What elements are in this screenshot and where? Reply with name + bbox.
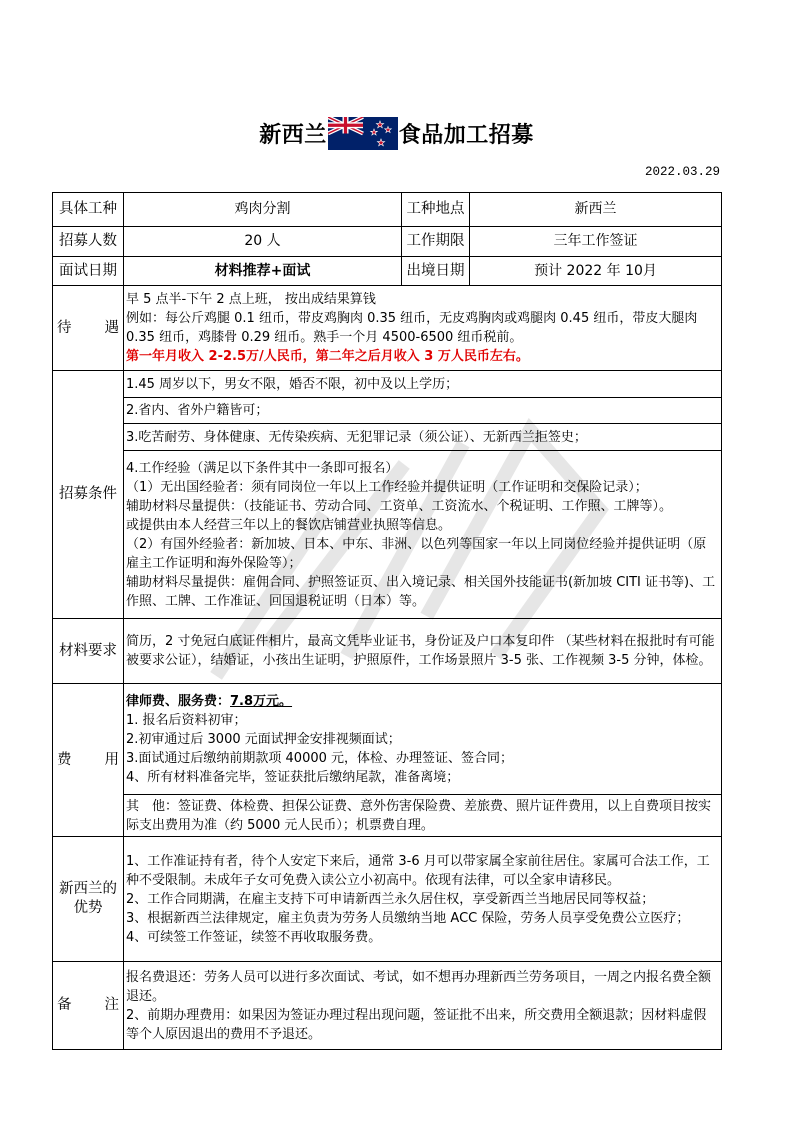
fees-other-prefix: 其 他： bbox=[126, 799, 178, 814]
row-advantages: 新西兰的 优势 1、工作准证持有者，待个人安定下来后，通常 3-6 月可以带家属… bbox=[53, 837, 722, 962]
treatment-label: 待 遇 bbox=[53, 286, 124, 371]
departure-value: 预计 2022 年 10月 bbox=[470, 257, 722, 286]
advantage-item: 1、工作准证持有者，待个人安定下来后，通常 3-6 月可以带家属全家前往居住。家… bbox=[126, 852, 719, 890]
row-treatment: 待 遇 早 5 点半-下午 2 点上班， 按出成结果算钱 例如：每公斤鸡腿 0.… bbox=[53, 286, 722, 371]
requirements-label: 招募条件 bbox=[53, 371, 124, 619]
fees-other-text: 签证费、体检费、担保公证费、意外伤害保险费、差旅费、照片证件费用，以上自费项目按… bbox=[126, 799, 711, 833]
remarks-label-b: 注 bbox=[105, 996, 120, 1015]
departure-label: 出境日期 bbox=[402, 257, 470, 286]
interview-value: 材料推荐+面试 bbox=[124, 257, 402, 286]
fees-headline-amount: 7.8万元。 bbox=[230, 694, 292, 709]
fees-label-b: 用 bbox=[105, 751, 120, 770]
advantages-label-line1: 新西兰的 bbox=[55, 880, 121, 899]
advantages-label-line2: 优势 bbox=[55, 899, 121, 918]
materials-content: 简历，2 寸免冠白底证件相片，最高文凭毕业证书，身份证及户口本复印件 （某些材料… bbox=[124, 619, 722, 684]
materials-label: 材料要求 bbox=[53, 619, 124, 684]
advantage-item: 3、根据新西兰法律规定，雇主负责为劳务人员缴纳当地 ACC 保险，劳务人员享受免… bbox=[126, 909, 719, 928]
treatment-line: 例如：每公斤鸡腿 0.1 纽币，带皮鸡胸肉 0.35 纽币，无皮鸡胸肉或鸡腿肉 … bbox=[126, 309, 719, 347]
advantage-item: 4、可续签工作签证，续签不再收取服务费。 bbox=[126, 928, 719, 947]
fees-other: 其 他：签证费、体检费、担保公证费、意外伤害保险费、差旅费、照片证件费用，以上自… bbox=[124, 795, 722, 837]
experience-line: （2）有国外经验者：新加坡、日本、中东、非洲、以色列等国家一年以上同岗位经验并提… bbox=[126, 535, 719, 573]
fees-step: 4、所有材料准备完毕，签证获批后缴纳尾款，准备离境； bbox=[126, 768, 719, 787]
row-requirement: 招募条件 1.45 周岁以下，男女不限，婚否不限，初中及以上学历； bbox=[53, 371, 722, 398]
fees-headline-prefix: 律师费、服务费： bbox=[126, 694, 230, 709]
location-label: 工种地点 bbox=[402, 193, 470, 227]
experience-line: 或提供由本人经营三年以上的餐饮店铺营业执照等信息。 bbox=[126, 516, 719, 535]
fees-step: 3.面试通过后缴纳前期款项 40000 元，体检、办理签证、签合同； bbox=[126, 749, 719, 768]
job-type-value: 鸡肉分割 bbox=[124, 193, 402, 227]
experience-line: 4.工作经验（满足以下条件其中一条即可报名） bbox=[126, 459, 719, 478]
income-highlight: 第一年月收入 2-2.5万/人民币，第二年之后月收入 3 万人民币左右。 bbox=[126, 347, 719, 366]
fees-step: 2.初审通过后 3000 元面试押金安排视频面试； bbox=[126, 730, 719, 749]
job-type-label: 具体工种 bbox=[53, 193, 124, 227]
remarks-content: 报名费退还：劳务人员可以进行多次面试、考试，如不想再办理新西兰劳务项目，一周之内… bbox=[124, 962, 722, 1050]
remarks-label: 备 注 bbox=[53, 962, 124, 1050]
recruitment-table: 具体工种 鸡肉分割 工种地点 新西兰 招募人数 20 人 工作期限 三年工作签证… bbox=[52, 192, 722, 1050]
requirement-item: 1.45 周岁以下，男女不限，婚否不限，初中及以上学历； bbox=[124, 371, 722, 398]
headcount-value: 20 人 bbox=[124, 227, 402, 257]
fees-label: 费 用 bbox=[53, 684, 124, 837]
title-right: 食品加工招募 bbox=[399, 118, 534, 149]
new-zealand-flag-icon bbox=[328, 117, 398, 150]
row-materials: 材料要求 简历，2 寸免冠白底证件相片，最高文凭毕业证书，身份证及户口本复印件 … bbox=[53, 619, 722, 684]
advantages-label: 新西兰的 优势 bbox=[53, 837, 124, 962]
experience-content: 4.工作经验（满足以下条件其中一条即可报名） （1）无出国经验者：须有同岗位一年… bbox=[124, 451, 722, 619]
treatment-content: 早 5 点半-下午 2 点上班， 按出成结果算钱 例如：每公斤鸡腿 0.1 纽币… bbox=[124, 286, 722, 371]
row-headcount: 招募人数 20 人 工作期限 三年工作签证 bbox=[53, 227, 722, 257]
term-label: 工作期限 bbox=[402, 227, 470, 257]
requirement-item: 3.吃苦耐劳、身体健康、无传染疾病、无犯罪记录（须公证）、无新西兰拒签史； bbox=[124, 424, 722, 451]
treatment-label-a: 待 bbox=[57, 319, 72, 338]
fees-headline: 律师费、服务费：7.8万元。 bbox=[126, 692, 719, 711]
page-title: 新西兰 食品加工招募 bbox=[259, 117, 534, 150]
advantage-item: 2、工作合同期满，在雇主支持下可申请新西兰永久居住权，享受新西兰当地居民同等权益… bbox=[126, 890, 719, 909]
document-date: 2022.03.29 bbox=[645, 165, 720, 179]
headcount-label: 招募人数 bbox=[53, 227, 124, 257]
materials-text: 简历，2 寸免冠白底证件相片，最高文凭毕业证书，身份证及户口本复印件 （某些材料… bbox=[126, 632, 719, 670]
row-experience: 4.工作经验（满足以下条件其中一条即可报名） （1）无出国经验者：须有同岗位一年… bbox=[53, 451, 722, 619]
title-left: 新西兰 bbox=[259, 118, 327, 149]
row-job-type: 具体工种 鸡肉分割 工种地点 新西兰 bbox=[53, 193, 722, 227]
row-requirement: 2.省内、省外户籍皆可； bbox=[53, 398, 722, 424]
remarks-label-a: 备 bbox=[57, 996, 72, 1015]
row-remarks: 备 注 报名费退还：劳务人员可以进行多次面试、考试，如不想再办理新西兰劳务项目，… bbox=[53, 962, 722, 1050]
experience-line: 辅助材料尽量提供：雇佣合同、护照签证页、出入境记录、相关国外技能证书(新加坡 C… bbox=[126, 573, 719, 611]
interview-label: 面试日期 bbox=[53, 257, 124, 286]
row-fees: 费 用 律师费、服务费：7.8万元。 1. 报名后资料初审； 2.初审通过后 3… bbox=[53, 684, 722, 795]
remark-item: 报名费退还：劳务人员可以进行多次面试、考试，如不想再办理新西兰劳务项目，一周之内… bbox=[126, 968, 719, 1006]
remark-item: 2、前期办理费用：如果因为签证办理过程出现问题，签证批不出来，所交费用全额退款；… bbox=[126, 1006, 719, 1044]
fees-label-a: 费 bbox=[57, 751, 72, 770]
fees-content: 律师费、服务费：7.8万元。 1. 报名后资料初审； 2.初审通过后 3000 … bbox=[124, 684, 722, 795]
fees-step: 1. 报名后资料初审； bbox=[126, 711, 719, 730]
term-value: 三年工作签证 bbox=[470, 227, 722, 257]
requirement-item: 2.省内、省外户籍皆可； bbox=[124, 398, 722, 424]
experience-line: 辅助材料尽量提供：（技能证书、劳动合同、工资单、工资流水、个税证明、工作照、工牌… bbox=[126, 497, 719, 516]
experience-line: （1）无出国经验者：须有同岗位一年以上工作经验并提供证明（工作证明和交保险记录）… bbox=[126, 478, 719, 497]
row-fees-other: 其 他：签证费、体检费、担保公证费、意外伤害保险费、差旅费、照片证件费用，以上自… bbox=[53, 795, 722, 837]
treatment-label-b: 遇 bbox=[105, 319, 120, 338]
row-requirement: 3.吃苦耐劳、身体健康、无传染疾病、无犯罪记录（须公证）、无新西兰拒签史； bbox=[53, 424, 722, 451]
row-interview: 面试日期 材料推荐+面试 出境日期 预计 2022 年 10月 bbox=[53, 257, 722, 286]
location-value: 新西兰 bbox=[470, 193, 722, 227]
document-header: 新西兰 食品加工招募 bbox=[0, 117, 793, 150]
advantages-content: 1、工作准证持有者，待个人安定下来后，通常 3-6 月可以带家属全家前往居住。家… bbox=[124, 837, 722, 962]
treatment-line: 早 5 点半-下午 2 点上班， 按出成结果算钱 bbox=[126, 290, 719, 309]
